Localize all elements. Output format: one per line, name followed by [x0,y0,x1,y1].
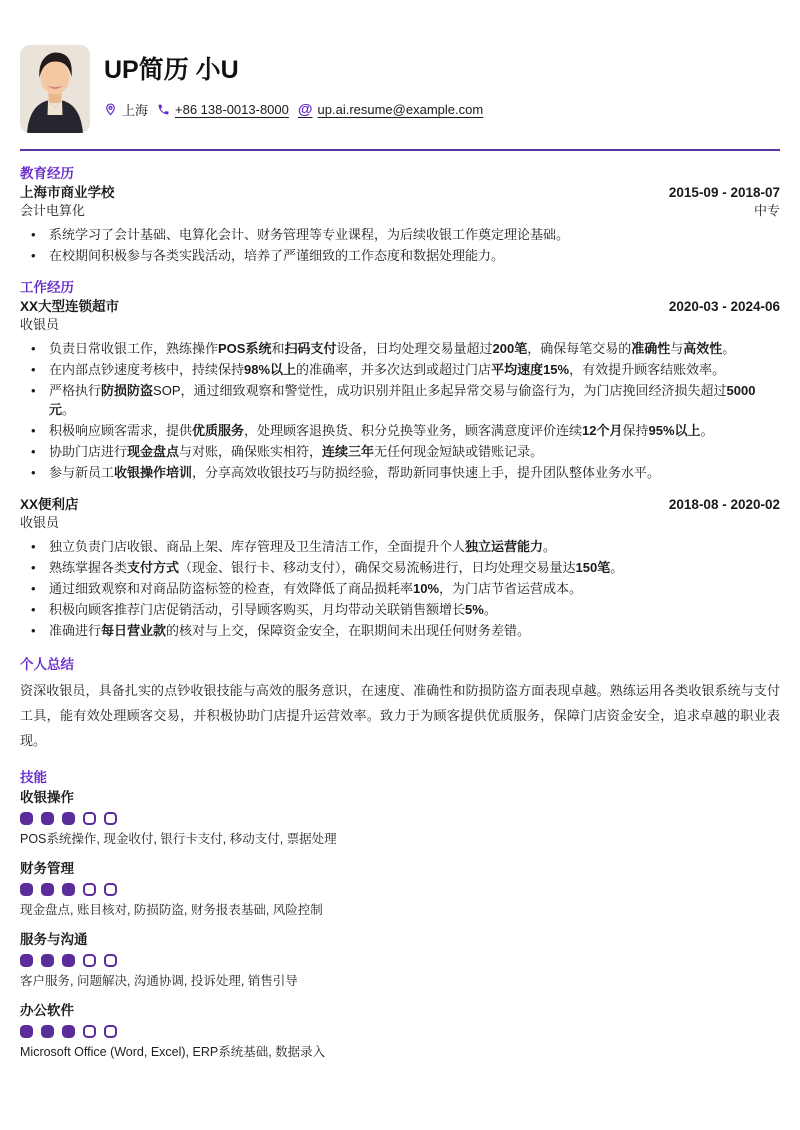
bullet-item: 参与新员工收银操作培训，分享高效收银技巧与防损经验，帮助新同事快速上手，提升团队… [20,463,780,482]
skill-dot [83,1025,96,1038]
section-summary: 个人总结 资深收银员，具备扎实的点钞收银技能与高效的服务意识，在速度、准确性和防… [20,656,780,753]
skill-detail: POS系统操作, 现金收付, 银行卡支付, 移动支付, 票据处理 [20,832,780,847]
skill-group: 收银操作 POS系统操作, 现金收付, 银行卡支付, 移动支付, 票据处理 [20,789,780,847]
job-date: 2020-03 - 2024-06 [669,298,780,315]
work-section-title: 工作经历 [20,279,780,296]
skill-name: 收银操作 [20,789,780,806]
skill-dot [83,812,96,825]
education-degree: 中专 [754,203,780,219]
skill-detail: 现金盘点, 账目核对, 防损防盗, 财务报表基础, 风险控制 [20,903,780,918]
skill-dot [20,1025,33,1038]
skill-name: 财务管理 [20,860,780,877]
profile-photo-illustration [20,45,90,133]
skill-dot [62,883,75,896]
skill-dot [20,954,33,967]
contact-row: 上海 +86 138-0013-8000 @ up.ai.resume@exam… [104,100,483,119]
header-divider [20,149,780,151]
at-sign-icon: @ [298,102,313,117]
contact-phone[interactable]: +86 138-0013-8000 [157,102,289,117]
bullet-item: 熟练掌握各类支付方式（现金、银行卡、移动支付），确保交易流畅进行，日均处理交易量… [20,558,780,577]
education-section-title: 教育经历 [20,165,780,182]
skill-dot [62,954,75,967]
education-bullets: 系统学习了会计基础、电算化会计、财务管理等专业课程，为后续收银工作奠定理论基础。… [20,225,780,265]
skill-group: 服务与沟通 客户服务, 问题解决, 沟通协调, 投诉处理, 销售引导 [20,931,780,989]
skill-dot [41,1025,54,1038]
bullet-item: 系统学习了会计基础、电算化会计、财务管理等专业课程，为后续收银工作奠定理论基础。 [20,225,780,244]
phone-text: +86 138-0013-8000 [175,102,289,117]
bullet-item: 协助门店进行现金盘点与对账，确保账实相符，连续三年无任何现金短缺或错账记录。 [20,442,780,461]
skill-level-dots [20,812,780,825]
summary-text: 资深收银员，具备扎实的点钞收银技能与高效的服务意识，在速度、准确性和防损防盗方面… [20,678,780,753]
education-school: 上海市商业学校 [20,184,115,201]
skill-name: 办公软件 [20,1002,780,1019]
skill-name: 服务与沟通 [20,931,780,948]
skill-detail: 客户服务, 问题解决, 沟通协调, 投诉处理, 销售引导 [20,974,780,989]
job-role: 收银员 [20,515,59,531]
skill-level-dots [20,883,780,896]
skill-level-dots [20,954,780,967]
resume-page: UP简历 小U 上海 [0,0,800,1130]
skill-dot [20,883,33,896]
profile-photo [20,45,90,133]
section-skills: 技能 收银操作 POS系统操作, 现金收付, 银行卡支付, 移动支付, 票据处理… [20,769,780,1060]
section-education: 教育经历 上海市商业学校 2015-09 - 2018-07 会计电算化 中专 … [20,165,780,265]
job-bullets: 负责日常收银工作，熟练操作POS系统和扫码支付设备，日均处理交易量超过200笔，… [20,339,780,482]
header: UP简历 小U 上海 [20,45,780,133]
email-text: up.ai.resume@example.com [318,102,484,117]
skill-group: 办公软件 Microsoft Office (Word, Excel), ERP… [20,1002,780,1060]
skill-dot [104,1025,117,1038]
skills-section-title: 技能 [20,769,780,786]
skill-dot [41,954,54,967]
job-entry-sub: 收银员 [20,317,780,333]
skill-level-dots [20,1025,780,1038]
education-entry-sub: 会计电算化 中专 [20,203,780,219]
bullet-item: 积极向顾客推荐门店促销活动，引导顾客购买，月均带动关联销售额增长5%。 [20,600,780,619]
phone-icon [157,103,170,116]
education-entry-header: 上海市商业学校 2015-09 - 2018-07 [20,184,780,201]
job-entry: XX便利店 2018-08 - 2020-02 收银员 独立负责门店收银、商品上… [20,496,780,640]
job-company: XX便利店 [20,496,79,513]
job-entry-header: XX大型连锁超市 2020-03 - 2024-06 [20,298,780,315]
job-company: XX大型连锁超市 [20,298,119,315]
skill-group: 财务管理 现金盘点, 账目核对, 防损防盗, 财务报表基础, 风险控制 [20,860,780,918]
bullet-item: 准确进行每日营业款的核对与上交，保障资金安全，在职期间未出现任何财务差错。 [20,621,780,640]
job-entry-sub: 收银员 [20,515,780,531]
skill-dot [62,812,75,825]
skill-dot [20,812,33,825]
bullet-item: 在校期间积极参与各类实践活动，培养了严谨细致的工作态度和数据处理能力。 [20,246,780,265]
location-text: 上海 [122,100,148,119]
location-pin-icon [104,103,117,116]
contact-location: 上海 [104,100,148,119]
skill-dot [62,1025,75,1038]
section-work: 工作经历 XX大型连锁超市 2020-03 - 2024-06 收银员 负责日常… [20,279,780,640]
bullet-item: 独立负责门店收银、商品上架、库存管理及卫生清洁工作，全面提升个人独立运营能力。 [20,537,780,556]
skill-dot [104,812,117,825]
bullet-item: 负责日常收银工作，熟练操作POS系统和扫码支付设备，日均处理交易量超过200笔，… [20,339,780,358]
skill-dot [41,812,54,825]
skill-dot [104,883,117,896]
job-role: 收银员 [20,317,59,333]
bullet-item: 通过细致观察和对商品防盗标签的检查，有效降低了商品损耗率10%，为门店节省运营成… [20,579,780,598]
education-date: 2015-09 - 2018-07 [669,184,780,201]
job-entry: XX大型连锁超市 2020-03 - 2024-06 收银员 负责日常收银工作，… [20,298,780,482]
bullet-item: 积极响应顾客需求，提供优质服务，处理顾客退换货、积分兑换等业务，顾客满意度评价连… [20,421,780,440]
job-bullets: 独立负责门店收银、商品上架、库存管理及卫生清洁工作，全面提升个人独立运营能力。 … [20,537,780,640]
skill-dot [83,883,96,896]
job-date: 2018-08 - 2020-02 [669,496,780,513]
skill-dot [83,954,96,967]
skill-detail: Microsoft Office (Word, Excel), ERP系统基础,… [20,1045,780,1060]
education-major: 会计电算化 [20,203,85,219]
skill-dot [104,954,117,967]
contact-email[interactable]: @ up.ai.resume@example.com [298,102,483,117]
job-entry-header: XX便利店 2018-08 - 2020-02 [20,496,780,513]
candidate-name: UP简历 小U [104,55,483,85]
bullet-item: 在内部点钞速度考核中，持续保持98%以上的准确率，并多次达到或超过门店平均速度1… [20,360,780,379]
summary-section-title: 个人总结 [20,656,780,673]
skill-dot [41,883,54,896]
bullet-item: 严格执行防损防盗SOP，通过细致观察和警觉性，成功识别并阻止多起异常交易与偷盗行… [20,381,780,419]
